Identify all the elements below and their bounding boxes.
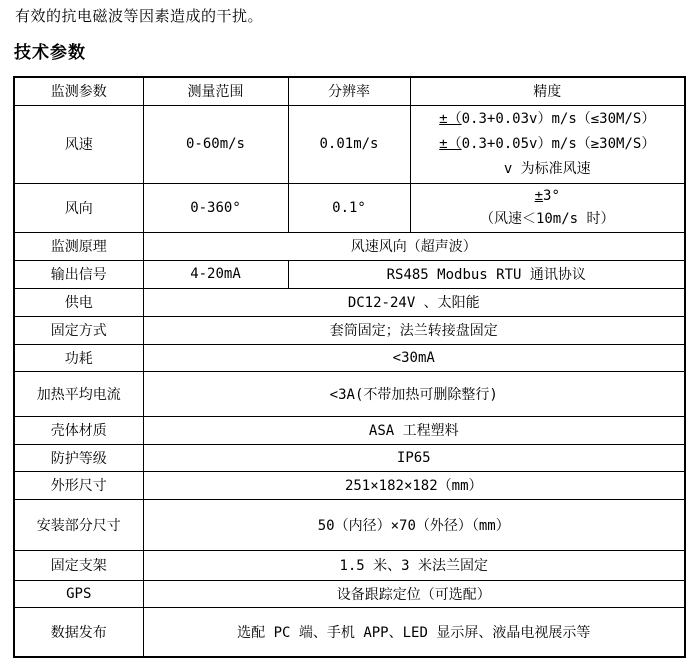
header-cell-resolution: 分辨率 [288, 77, 410, 105]
cell-data-publish-value: 选配 PC 端、手机 APP、LED 显示屏、液晶电视展示等 [143, 607, 685, 657]
cell-wind-direction-param: 风向 [14, 183, 143, 232]
cell-protection-rating-value: IP65 [143, 444, 685, 471]
cell-housing-material-param: 壳体材质 [14, 416, 143, 444]
cell-install-size-value: 50（内径）×70（外径）（mm） [143, 499, 685, 550]
cell-protection-rating-param: 防护等级 [14, 444, 143, 471]
cell-power-supply-value: DC12-24V 、太阳能 [143, 288, 685, 316]
row-mounting: 固定方式 套筒固定；法兰转接盘固定 [14, 316, 685, 344]
row-bracket: 固定支架 1.5 米、3 米法兰固定 [14, 550, 685, 580]
wind-speed-accuracy-line-3: v 为标准风速 [413, 157, 683, 182]
wind-direction-accuracy-line-2: （风速＜10m/s 时） [413, 208, 683, 231]
cell-power-consumption-value: <30mA [143, 344, 685, 371]
row-wind-speed: 风速 0-60m/s 0.01m/s ±（0.3+0.03v）m/s（≤30M/… [14, 105, 685, 183]
cell-wind-direction-accuracy: ±3° （风速＜10m/s 时） [410, 183, 685, 232]
cell-wind-direction-resolution: 0.1° [288, 183, 410, 232]
cell-output-signal-digital: RS485 Modbus RTU 通讯协议 [288, 260, 685, 288]
row-wind-direction: 风向 0-360° 0.1° ±3° （风速＜10m/s 时） [14, 183, 685, 232]
cell-output-signal-param: 输出信号 [14, 260, 143, 288]
header-cell-param: 监测参数 [14, 77, 143, 105]
header-cell-accuracy: 精度 [410, 77, 685, 105]
cell-gps-value: 设备跟踪定位（可选配） [143, 580, 685, 607]
cell-wind-speed-accuracy: ±（0.3+0.03v）m/s（≤30M/S） ±（0.3+0.05v）m/s（… [410, 105, 685, 183]
cell-data-publish-param: 数据发布 [14, 607, 143, 657]
cell-gps-param: GPS [14, 580, 143, 607]
cell-principle-param: 监测原理 [14, 232, 143, 260]
row-heating-current: 加热平均电流 <3A(不带加热可删除整行) [14, 371, 685, 416]
row-housing-material: 壳体材质 ASA 工程塑料 [14, 416, 685, 444]
cell-mounting-param: 固定方式 [14, 316, 143, 344]
header-cell-range: 测量范围 [143, 77, 288, 105]
cell-power-supply-param: 供电 [14, 288, 143, 316]
cell-bracket-param: 固定支架 [14, 550, 143, 580]
technical-parameters-table: 监测参数 测量范围 分辨率 精度 风速 0-60m/s 0.01m/s ±（0.… [13, 76, 686, 658]
row-power-consumption: 功耗 <30mA [14, 344, 685, 371]
wind-direction-accuracy-line-1: ±3° [413, 185, 683, 208]
cell-wind-speed-resolution: 0.01m/s [288, 105, 410, 183]
cell-power-consumption-param: 功耗 [14, 344, 143, 371]
cell-heating-current-value: <3A(不带加热可删除整行) [143, 371, 685, 416]
row-gps: GPS 设备跟踪定位（可选配） [14, 580, 685, 607]
cell-dimensions-value: 251×182×182（mm） [143, 471, 685, 499]
intro-paragraph: 有效的抗电磁波等因素造成的干扰。 [0, 0, 693, 25]
document-page: 有效的抗电磁波等因素造成的干扰。 技术参数 监测参数 测量范围 分辨率 精度 风… [0, 0, 693, 667]
cell-output-signal-analog: 4-20mA [143, 260, 288, 288]
cell-wind-speed-range: 0-60m/s [143, 105, 288, 183]
wind-speed-accuracy-line-2: ±（0.3+0.05v）m/s（≥30M/S） [413, 132, 683, 157]
cell-dimensions-param: 外形尺寸 [14, 471, 143, 499]
row-install-size: 安装部分尺寸 50（内径）×70（外径）（mm） [14, 499, 685, 550]
row-data-publish: 数据发布 选配 PC 端、手机 APP、LED 显示屏、液晶电视展示等 [14, 607, 685, 657]
wind-speed-accuracy-line-1: ±（0.3+0.03v）m/s（≤30M/S） [413, 107, 683, 132]
header-row: 监测参数 测量范围 分辨率 精度 [14, 77, 685, 105]
section-heading: 技术参数 [0, 25, 693, 63]
row-dimensions: 外形尺寸 251×182×182（mm） [14, 471, 685, 499]
cell-heating-current-param: 加热平均电流 [14, 371, 143, 416]
cell-principle-value: 风速风向（超声波） [143, 232, 685, 260]
row-protection-rating: 防护等级 IP65 [14, 444, 685, 471]
row-output-signal: 输出信号 4-20mA RS485 Modbus RTU 通讯协议 [14, 260, 685, 288]
cell-bracket-value: 1.5 米、3 米法兰固定 [143, 550, 685, 580]
cell-mounting-value: 套筒固定；法兰转接盘固定 [143, 316, 685, 344]
cell-wind-speed-param: 风速 [14, 105, 143, 183]
row-principle: 监测原理 风速风向（超声波） [14, 232, 685, 260]
cell-wind-direction-range: 0-360° [143, 183, 288, 232]
cell-install-size-param: 安装部分尺寸 [14, 499, 143, 550]
row-power-supply: 供电 DC12-24V 、太阳能 [14, 288, 685, 316]
cell-housing-material-value: ASA 工程塑料 [143, 416, 685, 444]
